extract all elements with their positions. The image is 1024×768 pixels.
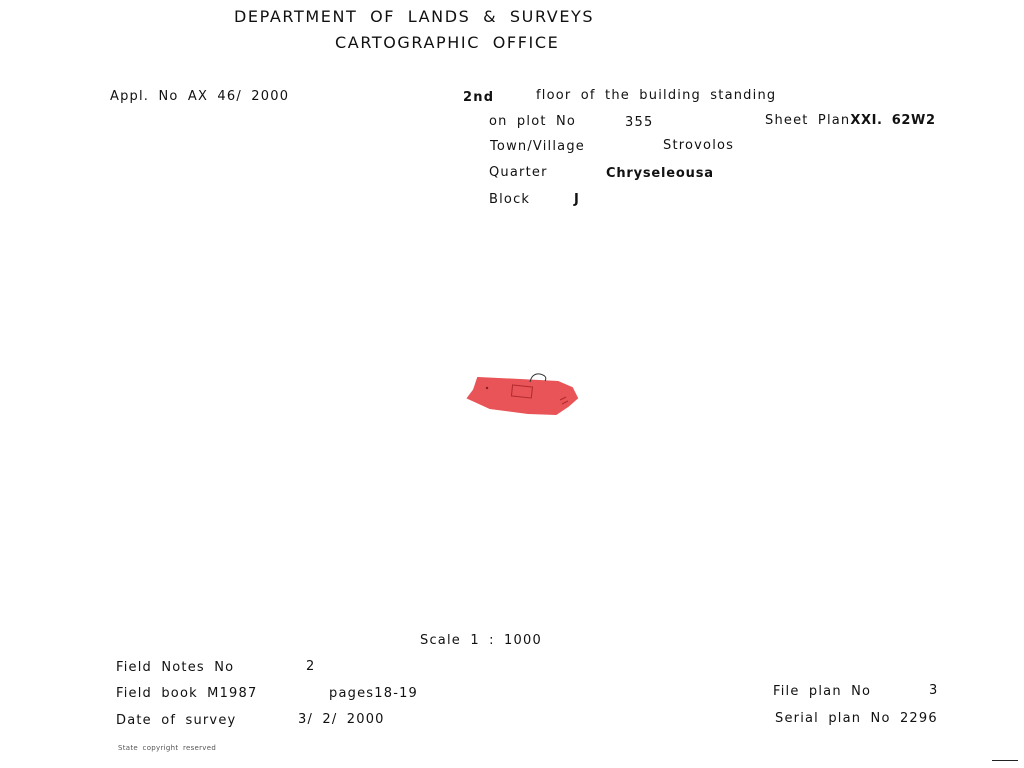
field-notes-label: Field Notes No (116, 661, 234, 674)
scale-label: Scale (420, 633, 461, 648)
sheet-plan-value: XXI. 62W2 (850, 113, 935, 128)
plot-value: 355 (625, 116, 653, 129)
block-value: J (574, 193, 580, 206)
pages: pages18-19 (329, 687, 418, 700)
town-label: Town/Village (490, 140, 585, 153)
copyright-notice: State copyright reserved (118, 745, 216, 752)
serial-plan-label: Serial plan No (775, 711, 891, 726)
block-label: Block (489, 193, 530, 206)
application-label: Appl. No (110, 89, 179, 104)
office-title: CARTOGRAPHIC OFFICE (335, 35, 559, 51)
pages-value: 18-19 (374, 686, 418, 701)
sheet-plan-label: Sheet Plan (765, 113, 850, 128)
pages-label: pages (329, 686, 374, 701)
floor-plan-shape (468, 378, 577, 414)
department-title: DEPARTMENT OF LANDS & SURVEYS (234, 9, 594, 25)
floor-description: floor of the building standing (536, 89, 776, 102)
floor-plan-mark (486, 387, 488, 389)
scale: Scale 1 : 1000 (420, 634, 542, 647)
floor-plan-drawing (460, 368, 590, 423)
plot-label: on plot No (489, 115, 576, 128)
floor-value: 2nd (463, 91, 494, 104)
file-plan-label: File plan No (773, 685, 871, 698)
serial-plan: Serial plan No 2296 (775, 712, 938, 725)
field-book-value: M1987 (207, 686, 257, 701)
field-notes-value: 2 (306, 660, 315, 673)
scale-value: 1 : 1000 (470, 633, 542, 648)
application-number: Appl. No AX 46/ 2000 (110, 90, 289, 103)
town-value: Strovolos (663, 139, 734, 152)
sheet-plan: Sheet PlanXXI. 62W2 (765, 114, 936, 127)
file-plan-value: 3 (929, 684, 938, 697)
date-of-survey-label: Date of survey (116, 714, 236, 727)
field-book: Field book M1987 (116, 687, 257, 700)
quarter-value: Chryseleousa (606, 167, 714, 180)
field-book-label: Field book (116, 686, 198, 701)
serial-plan-value: 2296 (900, 711, 938, 726)
bottom-rule (992, 760, 1018, 761)
quarter-label: Quarter (489, 166, 548, 179)
application-value: AX 46/ 2000 (188, 89, 289, 104)
date-of-survey-value: 3/ 2/ 2000 (298, 713, 385, 726)
